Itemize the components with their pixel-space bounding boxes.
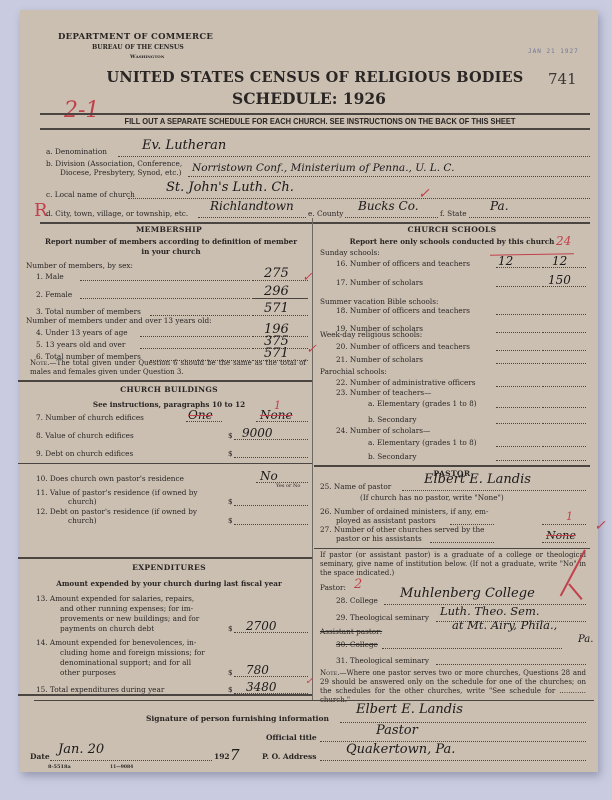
divider <box>18 463 312 464</box>
address-field[interactable]: Quakertown, Pa. <box>346 742 455 757</box>
answer-line <box>542 423 586 424</box>
school-item-label: a. Elementary (grades 1 to 8) <box>368 399 477 408</box>
print-code: 11—9084 <box>110 765 133 770</box>
schools-heading: CHURCH SCHOOLS <box>314 225 590 234</box>
leader-dots <box>80 298 250 299</box>
signature-label: Signature of person furnishing informati… <box>146 714 329 723</box>
schools-subheading: Report here only schools conducted by th… <box>314 237 590 247</box>
membership-item-label: 3. Total number of members <box>36 307 141 316</box>
expenditures-subheading: Amount expended by your church during la… <box>26 579 312 589</box>
county-label: e. County <box>306 209 345 218</box>
schools-section-label: Parochial schools: <box>320 367 387 376</box>
form-code: 8-5518a <box>48 764 71 770</box>
state-label: f. State <box>438 209 469 218</box>
building-item-label: 8. Value of church edifices <box>36 431 134 440</box>
q27-label-2: pastor or his assistants <box>336 534 422 543</box>
answer-line <box>542 314 586 315</box>
answer-line <box>542 407 586 408</box>
membership-item-value[interactable]: 296 <box>264 284 289 299</box>
membership-note: Note.—The total given under Question 6 s… <box>30 359 306 377</box>
note-label: Note. <box>320 669 339 677</box>
year-field[interactable]: 7 <box>230 746 240 764</box>
leader-dots <box>496 446 540 447</box>
membership-item-label: 5. 13 years old and over <box>36 340 125 349</box>
location: Washington <box>130 54 164 60</box>
address-line <box>320 760 586 761</box>
building-item-label-2: church) <box>68 516 97 525</box>
divider <box>40 113 590 115</box>
correction: 1 <box>274 399 281 412</box>
q27-answer-line <box>542 542 586 543</box>
college-field[interactable]: Muhlenberg College <box>400 586 535 601</box>
signature-field[interactable]: Elbert E. Landis <box>356 702 463 717</box>
department-name: DEPARTMENT OF COMMERCE <box>58 32 213 42</box>
expenditure-label: cluding home and foreign missions; for <box>60 648 205 657</box>
graduate-note: If pastor (or assistant pastor) is a gra… <box>320 551 586 578</box>
school-item-label: 24. Number of scholars— <box>336 426 430 435</box>
red-check-stroke <box>568 583 582 600</box>
column-divider <box>312 218 313 700</box>
division-line <box>188 176 590 177</box>
building-item-value[interactable]: No <box>260 469 278 483</box>
seminary-label: 29. Theological seminary <box>336 613 429 622</box>
by-age-label: Number of members under and over 13 year… <box>26 316 212 325</box>
check-mark: ✓ <box>302 270 313 285</box>
building-item-label: 11. Value of pastor's residence (if owne… <box>36 488 198 497</box>
building-item-label-2: church) <box>68 497 97 506</box>
expenditure-label: and other running expenses; for im- <box>60 604 193 613</box>
assistant-pastor-text: Assistant pastor: <box>320 627 382 636</box>
leader-dots <box>140 348 250 349</box>
q31-label: 31. Theological seminary <box>336 656 429 665</box>
q26-label-2: ployed as assistant pastors <box>336 516 436 525</box>
dollar-sign: $ <box>228 624 233 633</box>
instruction-banner: FILL OUT A SEPARATE SCHEDULE FOR EACH CH… <box>91 116 549 126</box>
answer-line <box>542 386 586 387</box>
membership-heading: MEMBERSHIP <box>26 225 312 234</box>
school-item-label: b. Secondary <box>368 452 416 461</box>
date-line <box>50 760 212 761</box>
local-name-field[interactable]: St. John's Luth. Ch. <box>166 180 294 195</box>
q31-line <box>436 664 586 665</box>
census-schedule-form: DEPARTMENT OF COMMERCE BUREAU OF THE CEN… <box>20 10 598 772</box>
school-item-label: 20. Number of officers and teachers <box>336 342 470 351</box>
pastor-name-hint: (If church has no pastor, write "None") <box>360 493 504 502</box>
pastor-name-field[interactable]: Elbert E. Landis <box>424 472 531 487</box>
building-item-label: 10. Does church own pastor's residence <box>36 474 184 483</box>
expenditures-heading: EXPENDITURES <box>26 563 312 572</box>
q30-text: 30. College <box>336 640 378 649</box>
divider <box>18 694 312 696</box>
leader-dots <box>140 336 250 337</box>
leader-dots <box>80 280 250 281</box>
expenditure-label: 13. Amount expended for salaries, repair… <box>36 594 194 603</box>
hint: Yes or No <box>276 483 300 489</box>
city-line <box>198 217 590 218</box>
school-item-value-2[interactable]: 12 <box>552 254 567 268</box>
school-item-label: 23. Number of teachers— <box>336 388 431 397</box>
answer-line <box>234 505 308 506</box>
denomination-label: a. Denomination <box>46 147 107 156</box>
by-sex-label: Number of members, by sex: <box>26 261 133 270</box>
membership-subheading: Report number of members according to de… <box>40 237 302 257</box>
dollar-sign: $ <box>228 516 233 525</box>
pastor-sub-label: Pastor: <box>320 583 346 592</box>
check-mark: ✓ <box>306 342 317 357</box>
state-field[interactable]: Pa. <box>490 199 509 213</box>
building-item-value[interactable]: One <box>188 408 213 422</box>
q26-correction: 1 <box>566 510 573 523</box>
check-mark: ✓ <box>418 186 430 202</box>
membership-item-value[interactable]: 571 <box>264 301 289 316</box>
expenditure-label: provements or new buildings; and for <box>60 614 199 623</box>
expenditure-label: denominational support; and for all <box>60 658 191 667</box>
dollar-sign: $ <box>228 449 233 458</box>
q27-line <box>430 542 494 543</box>
year-prefix: 192 <box>214 752 230 761</box>
date-label: Date <box>30 752 50 761</box>
local-name-label: c. Local name of church <box>46 190 135 199</box>
leader-dots <box>496 386 540 387</box>
division-label-2: Diocese, Presbytery, Synod, etc.) <box>60 168 182 177</box>
note-text: —The total given under Question 6 should… <box>30 359 306 376</box>
seminary-field-3[interactable]: Pa. <box>578 634 593 645</box>
county-field[interactable]: Bucks Co. <box>358 199 419 213</box>
divider <box>18 380 312 382</box>
q26-label: 26. Number of ordained ministers, if any… <box>320 507 488 516</box>
bureau-name: BUREAU OF THE CENSUS <box>92 44 184 51</box>
divider <box>314 465 590 467</box>
seminary-field-2[interactable]: at Mt. Airy, Phila., <box>452 618 557 632</box>
pastor-mark: 2 <box>354 577 362 592</box>
divider <box>314 548 590 549</box>
leader-dots <box>496 423 540 424</box>
correction-16: 24 <box>556 234 571 248</box>
divider <box>34 700 594 701</box>
school-item-label: a. Elementary (grades 1 to 8) <box>368 438 477 447</box>
buildings-heading: CHURCH BUILDINGS <box>26 385 312 394</box>
answer-line <box>234 524 308 525</box>
school-item-label: 19. Number of scholars <box>336 324 423 333</box>
form-title: UNITED STATES CENSUS OF RELIGIOUS BODIES <box>20 69 604 86</box>
expenditure-label: other purposes <box>60 668 116 677</box>
note-text: —Where one pastor serves two or more chu… <box>320 669 586 704</box>
answer-line <box>186 421 222 422</box>
leader-dots <box>496 332 540 333</box>
denomination-field[interactable]: Ev. Lutheran <box>142 138 226 153</box>
expenditure-label: 15. Total expenditures during year <box>36 685 164 694</box>
school-item-label: 22. Number of administrative officers <box>336 378 476 387</box>
address-label: P. O. Address <box>262 752 316 761</box>
answer-line <box>234 457 308 458</box>
q27-field[interactable]: None <box>546 529 576 542</box>
pastor-name-line <box>402 490 586 491</box>
official-title-field[interactable]: Pastor <box>376 723 418 738</box>
assistant-pastor-label: Assistant pastor: <box>320 627 382 636</box>
dollar-sign: $ <box>228 685 233 694</box>
expenditure-label: payments on church debt <box>60 624 154 633</box>
expenditure-label: 14. Amount expended for benevolences, in… <box>36 638 196 647</box>
schools-section-label: Sunday schools: <box>320 248 380 257</box>
city-field[interactable]: Richlandtown <box>210 199 294 213</box>
division-field[interactable]: Norristown Conf., Ministerium of Penna.,… <box>192 162 454 174</box>
college-label: 28. College <box>336 596 378 605</box>
check-mark: ✓ <box>305 676 313 687</box>
expenditure-value[interactable]: 3480 <box>246 680 277 694</box>
official-title-label: Official title <box>266 733 317 742</box>
q30-label: 30. College <box>336 640 378 649</box>
received-stamp: JAN 21 1927 <box>528 48 579 55</box>
answer-line <box>542 363 586 364</box>
note-label: Note. <box>30 359 49 367</box>
membership-item-label: 1. Male <box>36 272 64 281</box>
divider <box>18 557 312 559</box>
dollar-sign: $ <box>228 431 233 440</box>
schools-section-label: Summer vacation Bible schools: <box>320 297 438 306</box>
form-subtitle: SCHEDULE: 1926 <box>20 89 598 108</box>
building-item-label: 9. Debt on church edifices <box>36 449 133 458</box>
q27-label: 27. Number of other churches served by t… <box>320 525 484 534</box>
divider <box>40 128 590 130</box>
school-item-value[interactable]: 12 <box>498 254 513 268</box>
school-item-label: 16. Number of officers and teachers <box>336 259 470 268</box>
expenditure-value[interactable]: 2700 <box>246 619 277 633</box>
dollar-sign: $ <box>228 668 233 677</box>
membership-item-label: 4. Under 13 years of age <box>36 328 128 337</box>
membership-item-value[interactable]: 275 <box>264 266 289 281</box>
answer-line <box>542 350 586 351</box>
serial-number: 741 <box>548 70 577 88</box>
leader-dots <box>496 363 540 364</box>
answer-line <box>542 460 586 461</box>
answer-line <box>542 446 586 447</box>
school-item-label: 18. Number of officers and teachers <box>336 306 470 315</box>
answer-line <box>542 332 586 333</box>
leader-dots <box>496 314 540 315</box>
division-label: b. Division (Association, Conference, <box>46 159 182 168</box>
school-item-label: 21. Number of scholars <box>336 355 423 364</box>
school-item-value[interactable]: 150 <box>548 273 571 287</box>
dollar-sign: $ <box>228 497 233 506</box>
leader-dots <box>496 460 540 461</box>
membership-item-label: 2. Female <box>36 290 72 299</box>
building-item-label: 12. Debt on pastor's residence (if owned… <box>36 507 197 516</box>
pastor-name-label: 25. Name of pastor <box>320 482 391 491</box>
building-item-label: 7. Number of church edifices <box>36 413 144 422</box>
expenditure-value[interactable]: 780 <box>246 663 269 677</box>
seminary-field[interactable]: Luth. Theo. Sem. <box>440 604 540 618</box>
leader-dots <box>496 286 540 287</box>
school-item-label: 17. Number of scholars <box>336 278 423 287</box>
denomination-line <box>118 156 590 157</box>
check-mark: ✓ <box>594 518 606 534</box>
building-item-value[interactable]: 9000 <box>242 426 273 440</box>
divider <box>40 222 590 224</box>
leader-dots <box>496 350 540 351</box>
city-label: d. City, town, village, or township, etc… <box>46 209 188 218</box>
q30-line <box>382 648 562 649</box>
leader-dots <box>496 407 540 408</box>
q26-answer-line <box>542 524 586 525</box>
school-item-label: b. Secondary <box>368 415 416 424</box>
date-field[interactable]: Jan. 20 <box>58 742 104 757</box>
